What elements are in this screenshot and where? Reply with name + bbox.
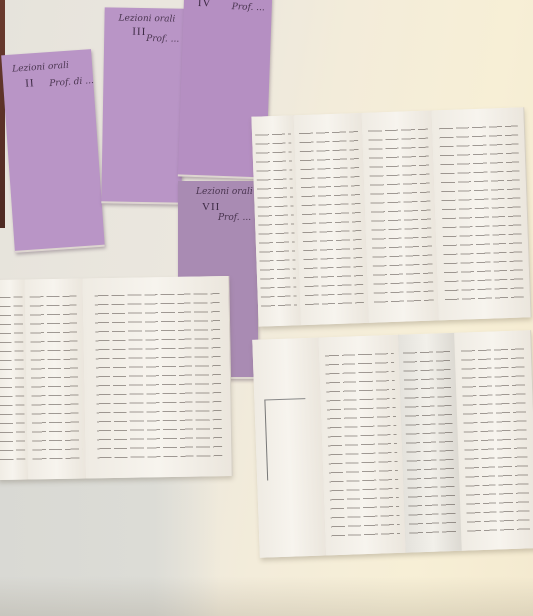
- handwriting: [325, 348, 400, 538]
- handwriting: [0, 292, 26, 464]
- handwriting: [29, 291, 82, 464]
- cover-numeral: IV: [198, 0, 212, 9]
- manuscript-page: [293, 113, 369, 325]
- cover-notebook-iii: Lezioni orali III Prof. ...: [101, 7, 184, 204]
- cover-notebook-ii: Lezioni orali II Prof. di ...: [1, 49, 105, 253]
- bottom-shadow: [0, 576, 533, 616]
- manuscript-page: [398, 333, 463, 553]
- handwriting: [299, 126, 364, 309]
- manuscript-page: [361, 110, 439, 322]
- manuscript-page: [431, 107, 531, 320]
- anatomical-sketch: [264, 398, 308, 480]
- photo-scene: Historical handwritten manuscripts with …: [0, 0, 533, 616]
- manuscript-page: [454, 330, 533, 551]
- manuscript-top-right: [251, 107, 530, 326]
- cover-heading: Lezioni orali: [12, 61, 69, 75]
- handwriting: [403, 346, 458, 535]
- cover-sub: Prof. di ...: [49, 76, 94, 89]
- cover-sub: Prof. ...: [218, 213, 251, 223]
- handwriting: [367, 123, 433, 306]
- handwriting: [461, 343, 533, 533]
- manuscript-page: [82, 276, 232, 479]
- manuscript-page: [318, 335, 407, 556]
- handwriting: [94, 288, 223, 462]
- manuscript-left: [0, 276, 232, 480]
- manuscript-page: [252, 338, 327, 558]
- cover-sub: Prof. ...: [232, 2, 265, 13]
- cover-heading: Lezioni orali: [196, 187, 253, 197]
- cover-numeral: II: [25, 77, 35, 90]
- cover-heading: Lezioni orali: [118, 14, 175, 25]
- cover-numeral: III: [132, 26, 146, 38]
- handwriting: [255, 128, 297, 310]
- cover-numeral: VII: [202, 201, 220, 213]
- manuscript-page: [24, 279, 86, 480]
- handwriting: [439, 120, 524, 303]
- cover-sub: Prof. ...: [146, 34, 179, 45]
- fabric-edge: [0, 0, 5, 228]
- manuscript-bottom-right: [252, 330, 533, 558]
